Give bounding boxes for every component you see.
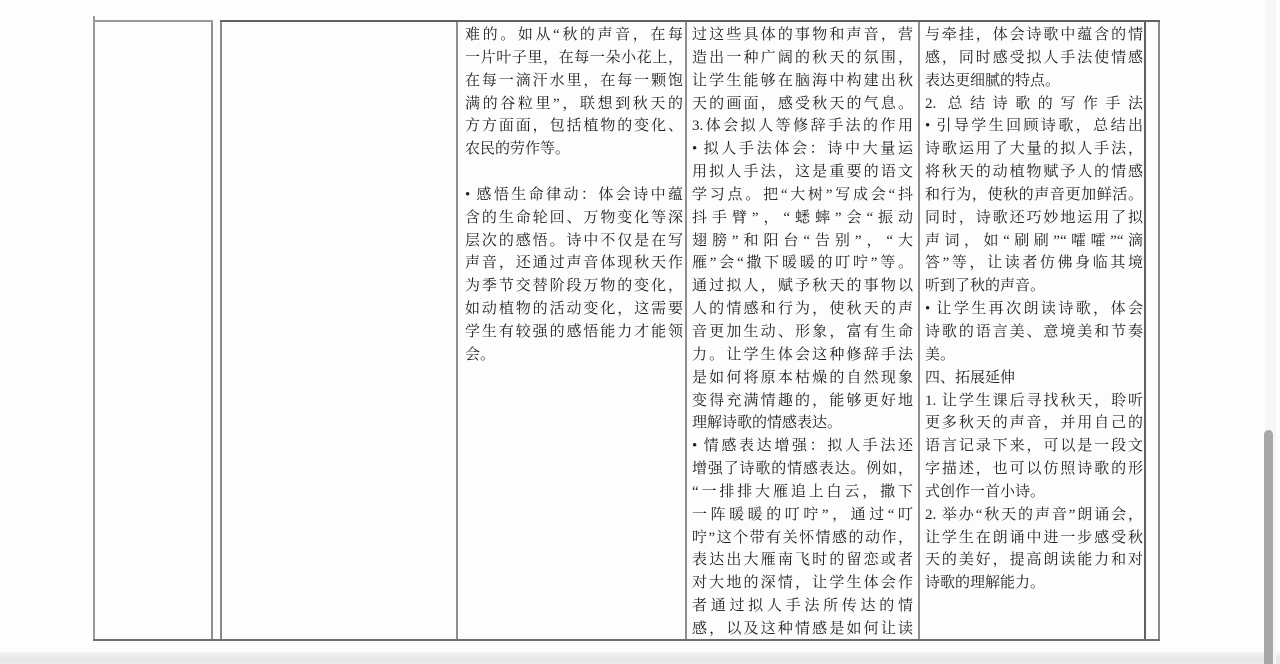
text-line: 诗歌运用了大量的拟人手法， (925, 138, 1143, 161)
page-gap (0, 652, 1280, 664)
text-line: 感，以及这种情感是如何让读 (692, 618, 913, 641)
text-line: 天的画面，感受秋天的气息。 (692, 93, 913, 116)
text-line: 过这些具体的事物和声音，营 (692, 24, 913, 47)
text-line: 一片叶子里，在每一朵小花上， (465, 47, 683, 70)
table-border-col-a-b (685, 21, 687, 641)
text-line: 方方面面，包括植物的变化、 (465, 115, 683, 138)
text-line: 变得充满情趣的，能够更好地 (692, 390, 913, 413)
text-line: 四、拓展延伸 (925, 367, 1143, 390)
table-border-right (1158, 21, 1160, 641)
text-line: 表达出大雁南飞时的留恋或者 (692, 549, 913, 572)
text-line: 学生有较强的感悟能力才能领 (465, 321, 683, 344)
text-line: 者通过拟人手法所传达的情 (692, 595, 913, 618)
table-border-top-left (93, 20, 213, 22)
text-line: • 拟人手法体会：诗中大量运 (692, 138, 913, 161)
text-line: 更多秋天的声音，并用自己的 (925, 412, 1143, 435)
text-line: 让学生在朗诵中进一步感受秋 (925, 527, 1143, 550)
text-line: 会。 (465, 344, 683, 367)
text-line: 同时，诗歌还巧妙地运用了拟 (925, 207, 1143, 230)
text-line: 式创作一首小诗。 (925, 481, 1143, 504)
text-line: 抖手臂”，“蟋蟀”会“振动 (692, 207, 913, 230)
text-line: 层次的感悟。诗中不仅是在写 (465, 230, 683, 253)
text-line: 通过拟人，赋予秋天的事物以 (692, 275, 913, 298)
text-line: 感，同时感受拟人手法使情感 (925, 47, 1143, 70)
table-border-col-c-right (1144, 21, 1146, 641)
text-line: 造出一种广阔的秋天的氛围， (692, 47, 913, 70)
text-line: 美。 (925, 344, 1143, 367)
text-line: 2. 总结诗歌的写作手法 (925, 93, 1143, 116)
text-line: 诗歌的语言美、意境美和节奏 (925, 321, 1143, 344)
text-line: 一阵暖暖的叮咛”，通过“叮 (692, 504, 913, 527)
text-line: 学习点。把“大树”写成会“抖 (692, 184, 913, 207)
text-line: 增强了诗歌的情感表达。例如， (692, 458, 913, 481)
table-border-col-a-left (456, 21, 458, 641)
text-line: 听到了秋的声音。 (925, 275, 1143, 298)
text-line: 含的生命轮回、万物变化等深 (465, 207, 683, 230)
text-line: 对大地的深情，让学生体会作 (692, 572, 913, 595)
text-line: 用拟人手法，这是重要的语文 (692, 161, 913, 184)
text-line: “一排排大雁追上白云，撒下 (692, 481, 913, 504)
text-line: 满的谷粒里”，联想到秋天的 (465, 93, 683, 116)
text-line: 语言记录下来，可以是一段文 (925, 435, 1143, 458)
text-line: 声音，还通过声音体现秋天作 (465, 252, 683, 275)
text-line: • 让学生再次朗读诗歌，体会 (925, 298, 1143, 321)
table-border-bottom (93, 639, 1160, 641)
text-line (465, 161, 683, 184)
text-line: 让学生能够在脑海中构建出秋 (692, 70, 913, 93)
text-line: 声词，如“刷刷”“嚯嚯”“滴 (925, 230, 1143, 253)
text-line: 字描述，也可以仿照诗歌的形 (925, 458, 1143, 481)
text-line: 农民的劳作等。 (465, 138, 683, 161)
text-line: 诗歌的理解能力。 (925, 572, 1143, 595)
text-line: 咛”这个带有关怀情感的动作， (692, 527, 913, 550)
text-line: 3.体会拟人等修辞手法的作用 (692, 115, 913, 138)
text-line: 翅膀”和阳台“告别”，“大 (692, 230, 913, 253)
text-line: 表达更细腻的特点。 (925, 70, 1143, 93)
table-border-top (220, 20, 1160, 22)
text-line: 雁”会“撒下暖暖的叮咛”等。 (692, 252, 913, 275)
text-line: 为季节交替阶段万物的变化， (465, 275, 683, 298)
document-page: 难的。如从“秋的声音，在每一片叶子里，在每一朵小花上，在每一滴汗水里，在每一颗饱… (0, 0, 1280, 664)
text-line: 理解诗歌的情感表达。 (692, 412, 913, 435)
table-border-spacer-right (220, 21, 222, 641)
text-line: • 引导学生回顾诗歌，总结出 (925, 115, 1143, 138)
scrollbar-thumb[interactable] (1264, 430, 1273, 664)
text-line: • 感悟生命律动：体会诗中蕴 (465, 184, 683, 207)
table-cell-column-a: 难的。如从“秋的声音，在每一片叶子里，在每一朵小花上，在每一滴汗水里，在每一颗饱… (465, 24, 683, 367)
table-border-left (93, 16, 95, 641)
text-line: 在每一滴汗水里，在每一颗饱 (465, 70, 683, 93)
text-line: 与牵挂，体会诗歌中蕴含的情 (925, 24, 1143, 47)
document-viewer: 难的。如从“秋的声音，在每一片叶子里，在每一朵小花上，在每一滴汗水里，在每一颗饱… (0, 0, 1280, 664)
text-line: 难的。如从“秋的声音，在每 (465, 24, 683, 47)
text-line: 是如何将原本枯燥的自然现象 (692, 367, 913, 390)
text-line: 和行为，使秋的声音更加鲜活。 (925, 184, 1143, 207)
text-line: • 情感表达增强：拟人手法还 (692, 435, 913, 458)
text-line: 音更加生动、形象，富有生命 (692, 321, 913, 344)
text-line: 人的情感和行为，使秋天的声 (692, 298, 913, 321)
table-cell-column-c: 与牵挂，体会诗歌中蕴含的情感，同时感受拟人手法使情感表达更细腻的特点。2. 总结… (925, 24, 1143, 595)
text-line: 力。让学生体会这种修辞手法 (692, 344, 913, 367)
text-line: 1. 让学生课后寻找秋天，聆听 (925, 390, 1143, 413)
table-cell-column-b: 过这些具体的事物和声音，营造出一种广阔的秋天的氛围，让学生能够在脑海中构建出秋天… (692, 24, 913, 641)
text-line: 2. 举办“秋天的声音”朗诵会， (925, 504, 1143, 527)
table-border-spacer-left (211, 21, 213, 641)
text-line: 答”等，让读者仿佛身临其境 (925, 252, 1143, 275)
text-line: 天的美好，提高朗读能力和对 (925, 549, 1143, 572)
text-line: 如动植物的活动变化，这需要 (465, 298, 683, 321)
text-line: 将秋天的动植物赋予人的情感 (925, 161, 1143, 184)
table-border-col-b-c (918, 21, 920, 641)
